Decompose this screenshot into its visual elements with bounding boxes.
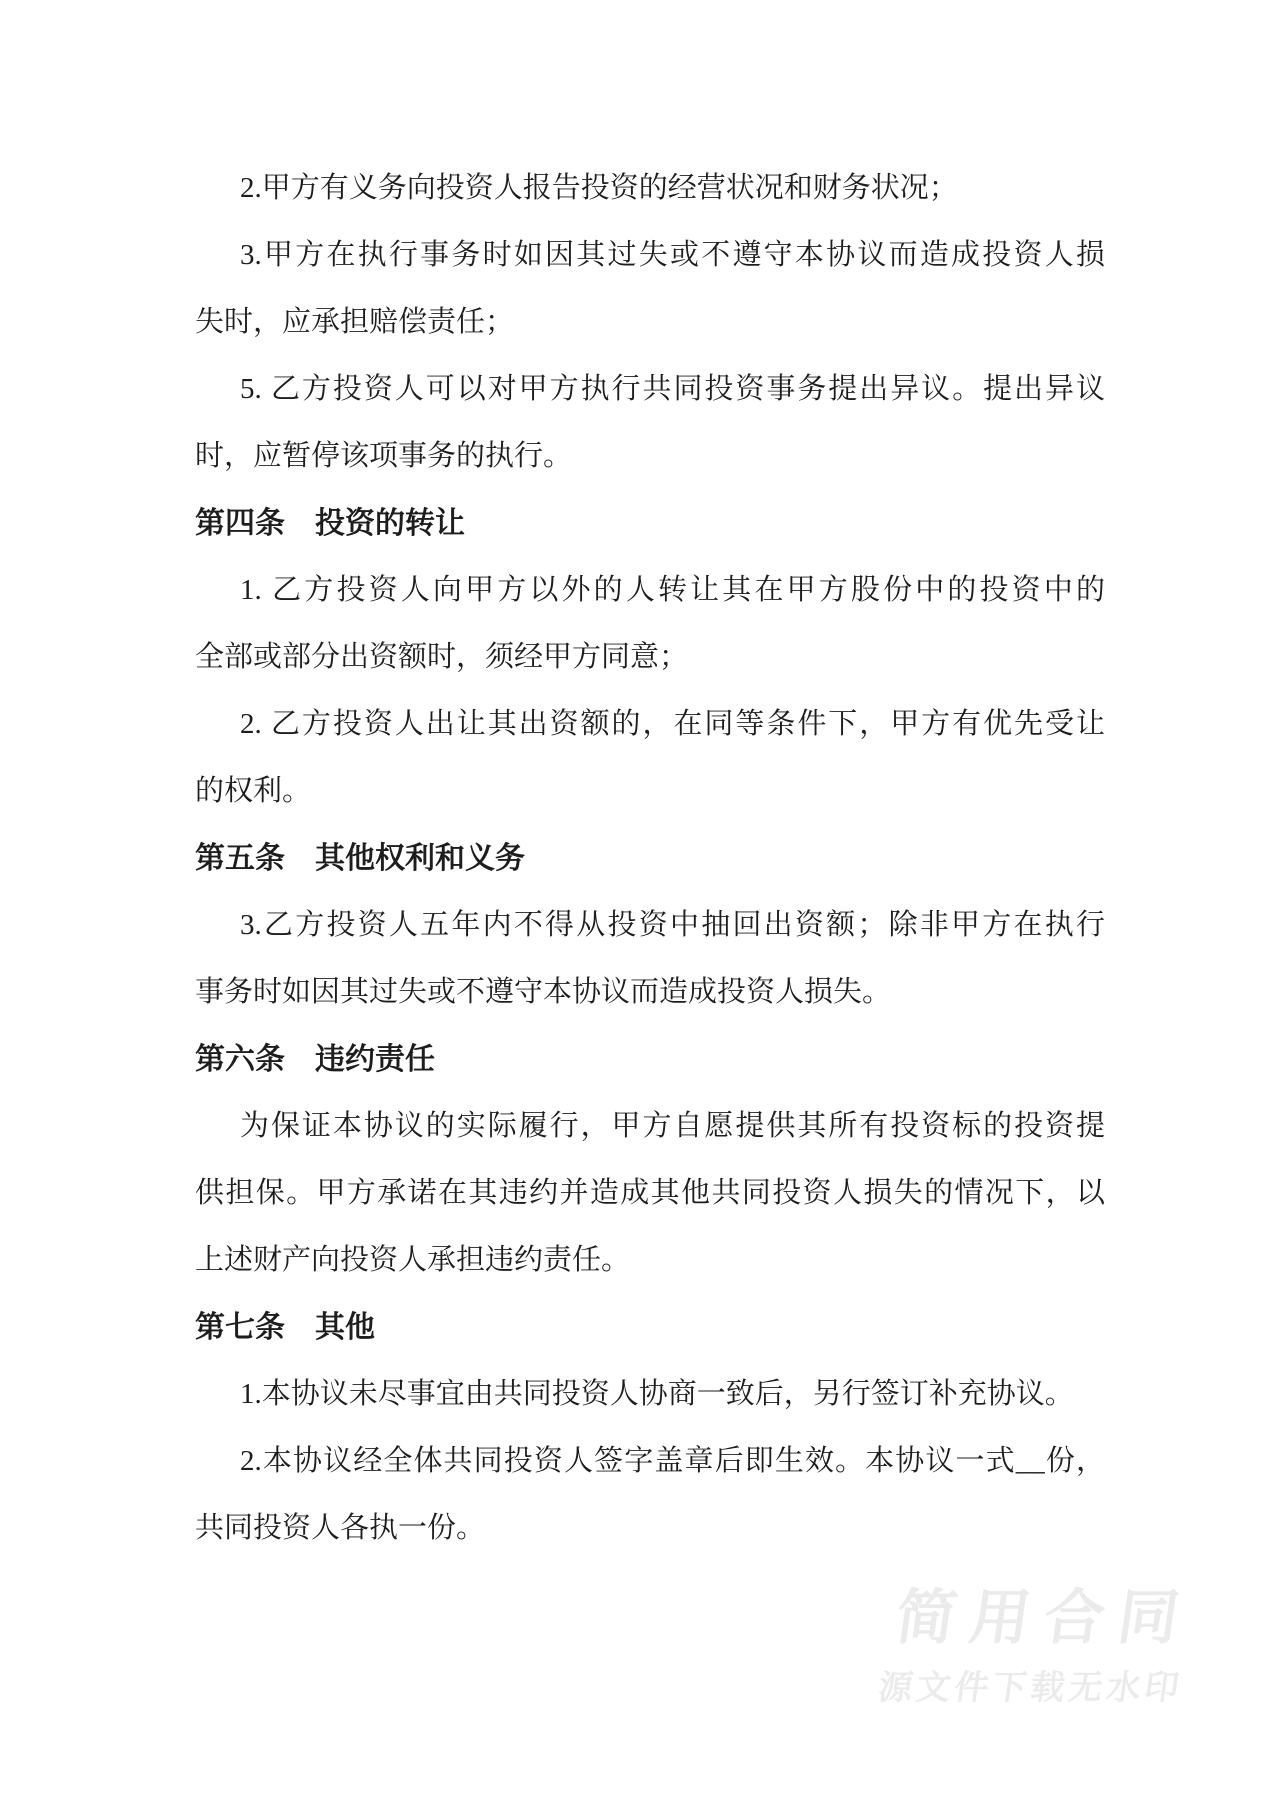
text-line: 为保证本协议的实际履行，甲方自愿提供其所有投资标的投资提: [195, 1093, 1105, 1160]
text-line: 失时，应承担赔偿责任；: [195, 289, 1105, 356]
contract-body: 2.甲方有义务向投资人报告投资的经营状况和财务状况； 3.甲方在执行事务时如因其…: [195, 155, 1105, 1562]
text-line: 2. 乙方投资人出让其出资额的，在同等条件下，甲方有优先受让: [195, 691, 1105, 758]
text-line: 事务时如因其过失或不遵守本协议而造成投资人损失。: [195, 959, 1105, 1026]
watermark: 简用合同 源文件下载无水印: [876, 1586, 1197, 1706]
section-heading: 第五条 其他权利和义务: [195, 825, 1105, 892]
text-line: 5. 乙方投资人可以对甲方执行共同投资事务提出异议。提出异议: [195, 356, 1105, 423]
section-heading: 第七条 其他: [195, 1294, 1105, 1361]
text-line: 的权利。: [195, 758, 1105, 825]
text-line: 1. 乙方投资人向甲方以外的人转让其在甲方股份中的投资中的: [195, 557, 1105, 624]
watermark-subtitle: 源文件下载无水印: [876, 1670, 1185, 1706]
contract-page: 2.甲方有义务向投资人报告投资的经营状况和财务状况； 3.甲方在执行事务时如因其…: [0, 0, 1280, 1810]
text-line: 3.甲方在执行事务时如因其过失或不遵守本协议而造成投资人损: [195, 222, 1105, 289]
text-line: 供担保。甲方承诺在其违约并造成其他共同投资人损失的情况下，以: [195, 1160, 1105, 1227]
text-line: 3.乙方投资人五年内不得从投资中抽回出资额；除非甲方在执行: [195, 892, 1105, 959]
text-line: 上述财产向投资人承担违约责任。: [195, 1227, 1105, 1294]
text-line: 时，应暂停该项事务的执行。: [195, 423, 1105, 490]
text-line: 2.甲方有义务向投资人报告投资的经营状况和财务状况；: [195, 155, 1105, 222]
watermark-title: 简用合同: [884, 1586, 1197, 1650]
section-heading: 第四条 投资的转让: [195, 490, 1105, 557]
text-line: 共同投资人各执一份。: [195, 1495, 1105, 1562]
text-line: 全部或部分出资额时，须经甲方同意；: [195, 624, 1105, 691]
text-line: 2.本协议经全体共同投资人签字盖章后即生效。本协议一式__份，: [195, 1428, 1105, 1495]
section-heading: 第六条 违约责任: [195, 1026, 1105, 1093]
text-line: 1.本协议未尽事宜由共同投资人协商一致后，另行签订补充协议。: [195, 1361, 1105, 1428]
